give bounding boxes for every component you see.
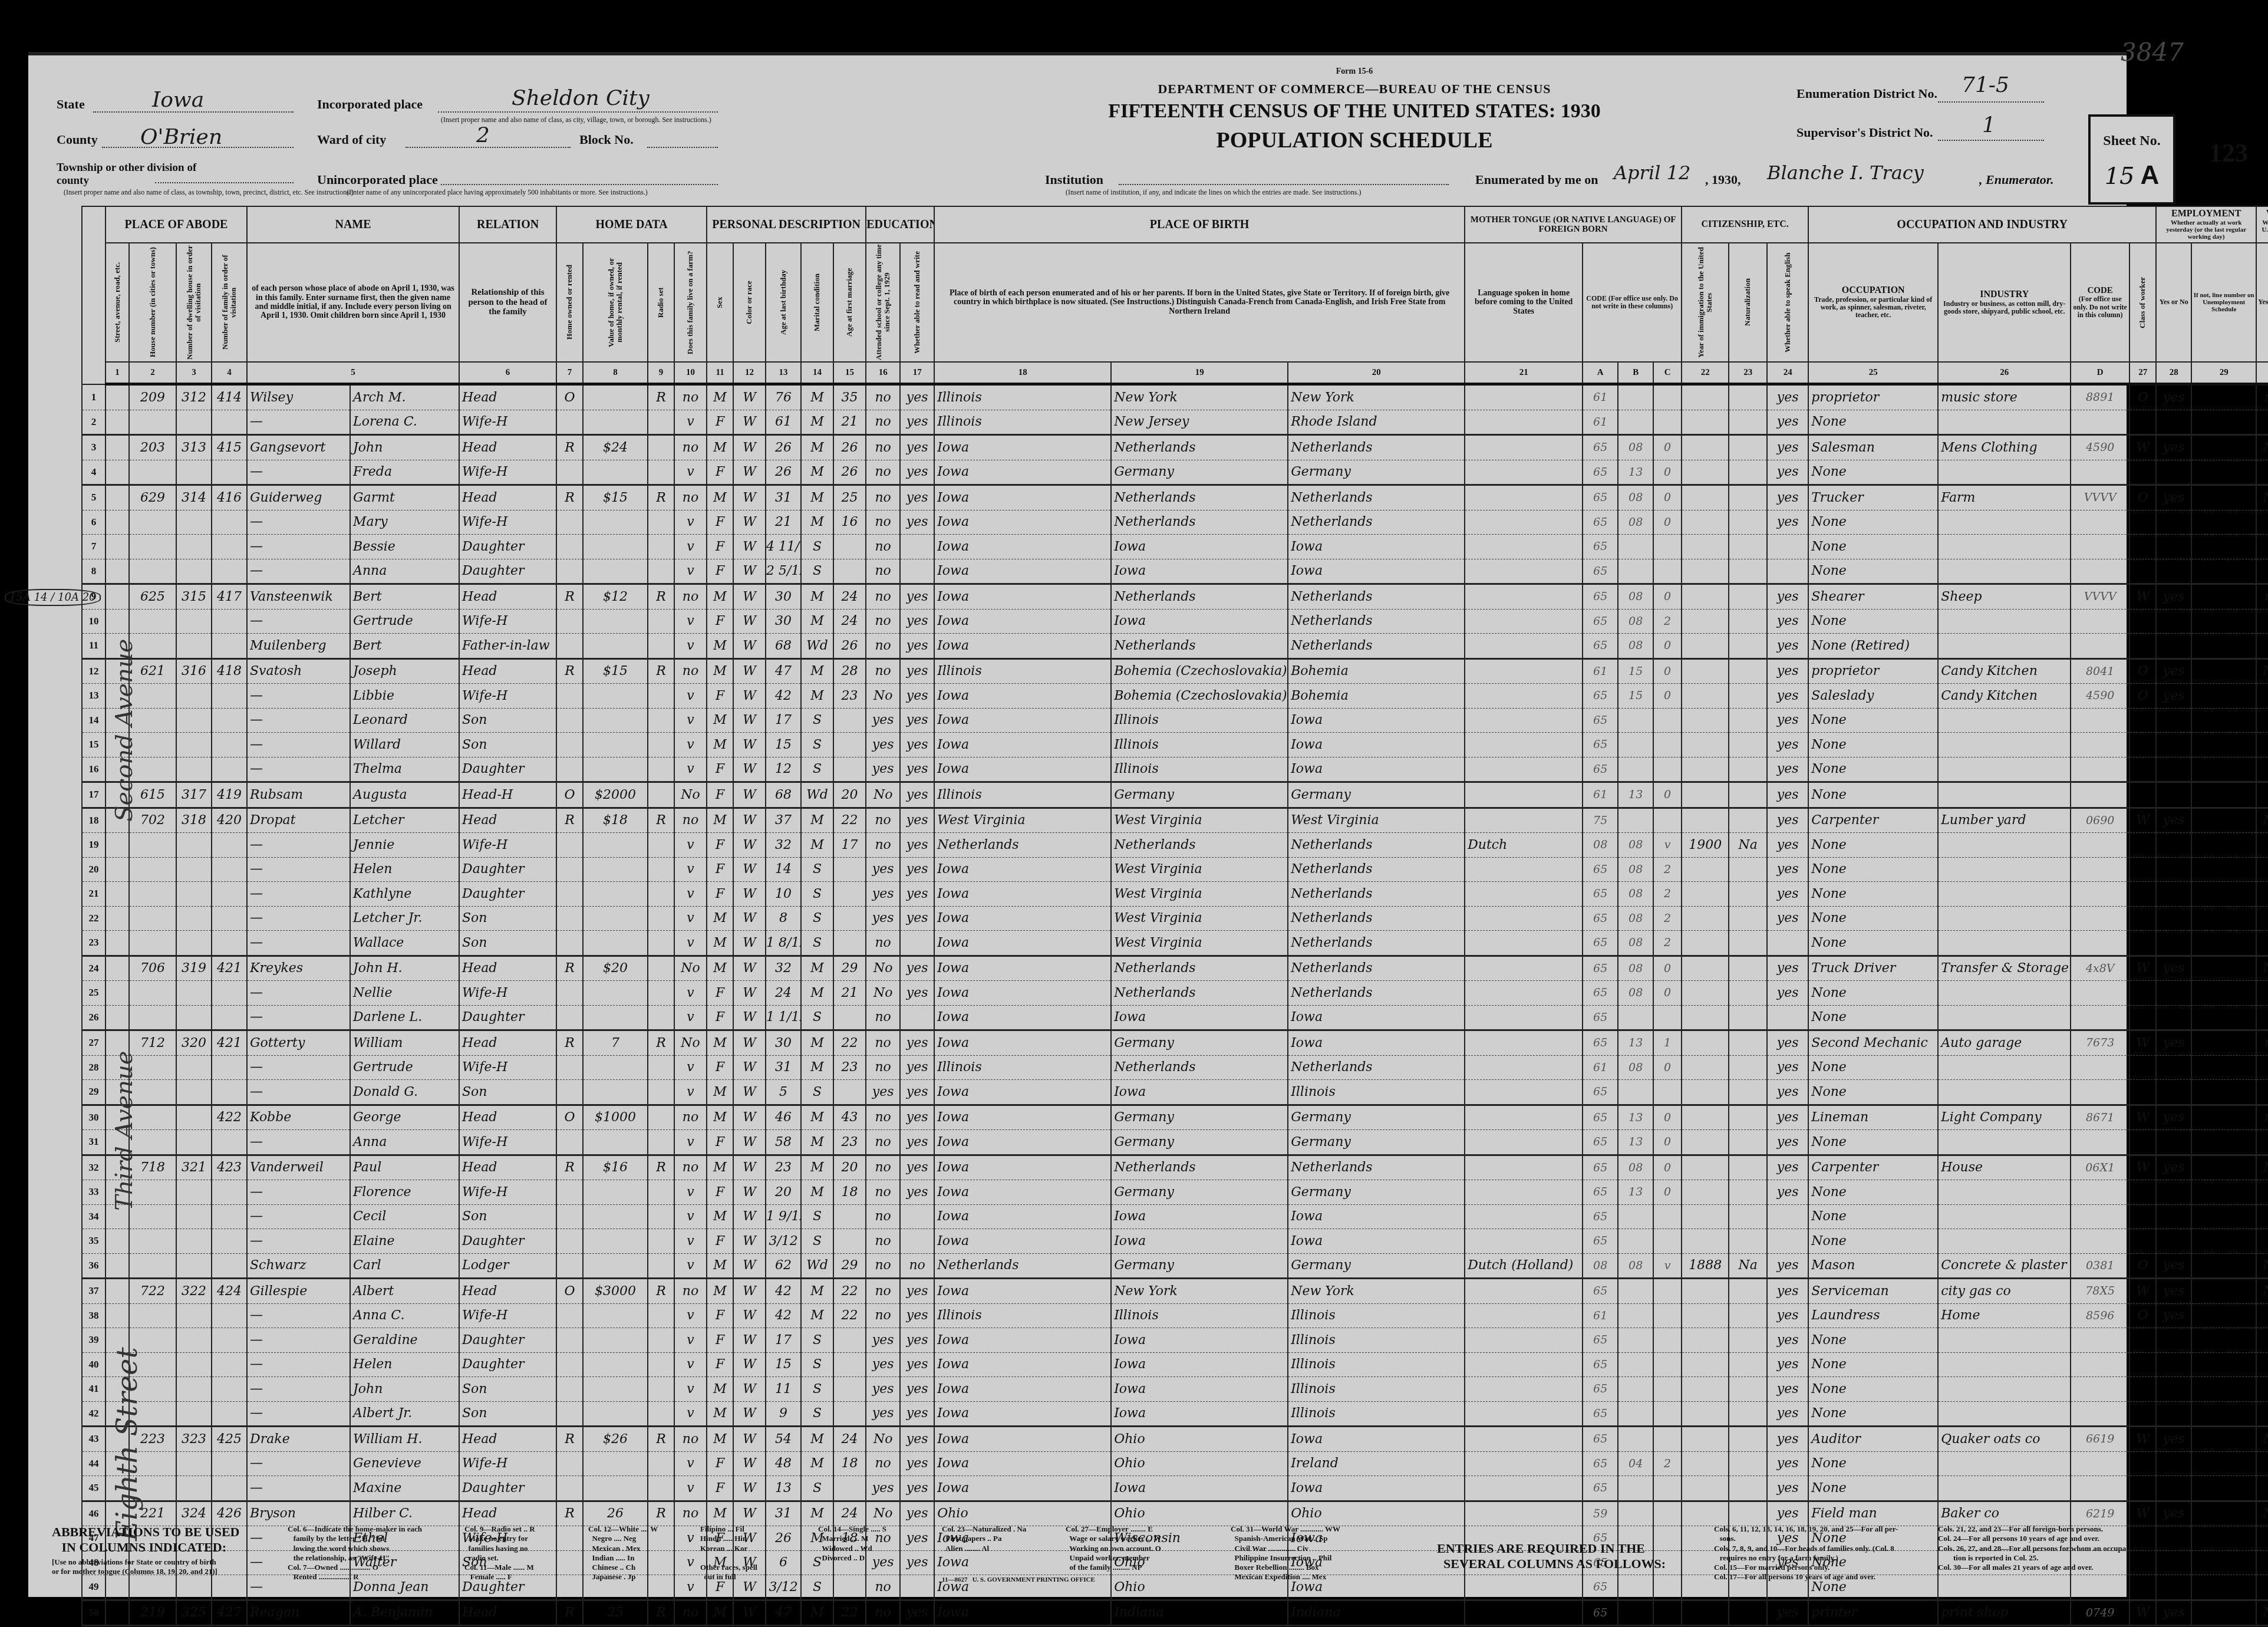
cell-bp: Iowa xyxy=(934,559,1111,584)
cell-rel: Head xyxy=(459,485,556,511)
cell-sex: M xyxy=(707,733,733,757)
cell-given: Bert xyxy=(350,584,459,610)
cell-house xyxy=(129,981,176,1006)
cell-a: 65 xyxy=(1583,1229,1618,1254)
cell-bp: Iowa xyxy=(934,460,1111,485)
cell-c xyxy=(1653,384,1682,410)
cell-occ: None xyxy=(1808,1204,1938,1229)
cell-mar: S xyxy=(801,857,833,882)
cell-rel: Wife-H xyxy=(459,1180,556,1205)
cell-read: yes xyxy=(900,1105,934,1130)
cell-imm xyxy=(1682,410,1729,435)
cell-b: 08 xyxy=(1618,857,1653,882)
cell-nat xyxy=(1729,1229,1767,1254)
cell-read xyxy=(900,1005,934,1030)
cell-eng: yes xyxy=(1767,460,1808,485)
cell-c: 2 xyxy=(1653,906,1682,931)
cell-sex: M xyxy=(707,435,733,460)
cell-fbp: West Virginia xyxy=(1111,931,1288,956)
cell-a: 65 xyxy=(1583,1130,1618,1155)
cell-lang xyxy=(1465,410,1583,435)
cell-rel: Son xyxy=(459,1377,556,1402)
cell-race: W xyxy=(733,782,766,808)
cell-radio: R xyxy=(648,808,674,833)
col-12-header: Color or race xyxy=(733,243,766,362)
cell-street xyxy=(106,435,129,460)
cell-rel: Head xyxy=(459,1105,556,1130)
cell-val xyxy=(583,757,648,782)
cell-b: 08 xyxy=(1618,833,1653,858)
cell-read: yes xyxy=(900,1279,934,1304)
group-citizenship: CITIZENSHIP, ETC. xyxy=(1682,206,1808,243)
cell-cls: W xyxy=(2129,1105,2156,1130)
cell-farm: no xyxy=(674,1105,707,1130)
cell-fbp: New York xyxy=(1111,384,1288,410)
cell-nat xyxy=(1729,757,1767,782)
cell-sex: F xyxy=(707,1180,733,1205)
cell-lang xyxy=(1465,1303,1583,1328)
enumerated-year: , 1930, xyxy=(1705,172,1741,187)
cell-vet xyxy=(2256,1055,2268,1080)
cell-eng: yes xyxy=(1767,1180,1808,1205)
cell-imm xyxy=(1682,609,1729,634)
cell-house xyxy=(129,535,176,559)
cell-lang xyxy=(1465,1476,1583,1501)
cell-unemp xyxy=(2191,584,2256,610)
unincorporated-note: (Enter name of any unincorporated place … xyxy=(347,188,648,197)
cell-age: 1 1/12 xyxy=(766,1005,801,1030)
table-row: 3203313415GangsevortJohnHeadR$24noMW26M2… xyxy=(82,435,2268,460)
cell-c xyxy=(1653,1352,1682,1377)
cell-sch: No xyxy=(866,1427,900,1452)
column-number-15: 15 xyxy=(833,362,866,384)
cell-age: 61 xyxy=(766,410,801,435)
cell-vet xyxy=(2256,757,2268,782)
cell-surname: — xyxy=(247,733,350,757)
cell-nat xyxy=(1729,684,1767,709)
cell-imm xyxy=(1682,1476,1729,1501)
cell-vet xyxy=(2256,535,2268,559)
cell-sex: F xyxy=(707,1476,733,1501)
cell-code xyxy=(2071,1229,2129,1254)
cell-b xyxy=(1618,1229,1653,1254)
cell-mar: S xyxy=(801,1377,833,1402)
cell-b: 08 xyxy=(1618,584,1653,610)
cell-agem xyxy=(833,1377,866,1402)
cell-ind xyxy=(1938,782,2071,808)
cell-bp: Iowa xyxy=(934,757,1111,782)
cell-fam: 425 xyxy=(212,1427,247,1452)
cell-agem: 26 xyxy=(833,634,866,659)
cell-given: Nellie xyxy=(350,981,459,1006)
cell-b xyxy=(1618,384,1653,410)
cell-surname: Vansteenwik xyxy=(247,584,350,610)
cell-surname: — xyxy=(247,1204,350,1229)
cell-cls xyxy=(2129,1328,2156,1353)
cell-read: yes xyxy=(900,808,934,833)
cell-age: 54 xyxy=(766,1427,801,1452)
sheet-number-box: Sheet No. 15 A xyxy=(2088,114,2175,205)
cell-race: W xyxy=(733,510,766,535)
cell-c xyxy=(1653,1204,1682,1229)
cell-imm xyxy=(1682,1303,1729,1328)
cell-a: 65 xyxy=(1583,460,1618,485)
cell-cls xyxy=(2129,931,2156,956)
column-number-11: 11 xyxy=(707,362,733,384)
cell-unemp xyxy=(2191,658,2256,684)
line-number: 27 xyxy=(82,1030,106,1056)
cell-val xyxy=(583,1180,648,1205)
cell-own xyxy=(556,1080,583,1105)
col-9-header: Radio set xyxy=(648,243,674,362)
cell-given: Albert Jr. xyxy=(350,1401,459,1427)
cell-imm xyxy=(1682,435,1729,460)
cell-code: VVVV xyxy=(2071,485,2129,511)
cell-val: 25 xyxy=(583,1600,648,1626)
cell-read: yes xyxy=(900,1055,934,1080)
cell-radio xyxy=(648,1451,674,1476)
cell-occ: None xyxy=(1808,782,1938,808)
cell-mbp: Germany xyxy=(1288,460,1465,485)
cell-dw xyxy=(176,1005,212,1030)
cell-dw xyxy=(176,1352,212,1377)
cell-sex: M xyxy=(707,1080,733,1105)
cell-lang xyxy=(1465,559,1583,584)
cell-lang xyxy=(1465,708,1583,733)
cell-c xyxy=(1653,1476,1682,1501)
cell-cls: W xyxy=(2129,1600,2156,1626)
cell-own xyxy=(556,1377,583,1402)
cell-own: O xyxy=(556,1105,583,1130)
cell-sch: no xyxy=(866,1180,900,1205)
cell-cls xyxy=(2129,833,2156,858)
cell-eng: yes xyxy=(1767,584,1808,610)
cell-street xyxy=(106,882,129,907)
cell-work xyxy=(2156,634,2191,659)
cell-a: 65 xyxy=(1583,981,1618,1006)
cell-sex: F xyxy=(707,684,733,709)
cell-sex: F xyxy=(707,559,733,584)
census-sheet: State Iowa County O'Brien Township or ot… xyxy=(28,52,2127,1597)
col-11-header: Sex xyxy=(707,243,733,362)
cell-cls xyxy=(2129,1352,2156,1377)
cell-imm xyxy=(1682,708,1729,733)
cell-nat xyxy=(1729,1130,1767,1155)
cell-fbp: West Virginia xyxy=(1111,857,1288,882)
cell-cls xyxy=(2129,1401,2156,1427)
cell-read xyxy=(900,1229,934,1254)
table-row: 10—GertrudeWife-HvFW30M24noyesIowaIowaNe… xyxy=(82,609,2268,634)
cell-nat xyxy=(1729,1279,1767,1304)
cell-vet xyxy=(2256,981,2268,1006)
column-number-3: 3 xyxy=(176,362,212,384)
cell-cls xyxy=(2129,634,2156,659)
table-row: 24706319421KreykesJohn H.HeadR$20NoMW32M… xyxy=(82,956,2268,981)
cell-eng: yes xyxy=(1767,1030,1808,1056)
cell-nat xyxy=(1729,460,1767,485)
cell-nat xyxy=(1729,733,1767,757)
cell-agem: 24 xyxy=(833,1427,866,1452)
cell-rel: Wife-H xyxy=(459,460,556,485)
cell-a: 08 xyxy=(1583,1253,1618,1279)
cell-fbp: Netherlands xyxy=(1111,833,1288,858)
cell-c: 0 xyxy=(1653,1105,1682,1130)
cell-given: Albert xyxy=(350,1279,459,1304)
cell-c: 0 xyxy=(1653,684,1682,709)
cell-vet xyxy=(2256,1451,2268,1476)
cell-radio xyxy=(648,410,674,435)
line-number: 40 xyxy=(82,1352,106,1377)
cell-street xyxy=(106,981,129,1006)
cell-agem: 26 xyxy=(833,460,866,485)
cell-vet: No xyxy=(2256,1600,2268,1626)
cell-agem xyxy=(833,1204,866,1229)
column-number-23: 23 xyxy=(1729,362,1767,384)
cell-c xyxy=(1653,757,1682,782)
column-number-1: 1 xyxy=(106,362,129,384)
cell-race: W xyxy=(733,1180,766,1205)
cell-unemp xyxy=(2191,1229,2256,1254)
cell-cls xyxy=(2129,1575,2156,1600)
cell-sch: no xyxy=(866,535,900,559)
cell-work xyxy=(2156,510,2191,535)
column-number-9: 9 xyxy=(648,362,674,384)
cell-work xyxy=(2156,1377,2191,1402)
cell-age: 8 xyxy=(766,906,801,931)
cell-lang xyxy=(1465,584,1583,610)
cell-code: 8891 xyxy=(2071,384,2129,410)
cell-bp: Iowa xyxy=(934,1005,1111,1030)
cell-mar: Wd xyxy=(801,634,833,659)
cell-given: Letcher Jr. xyxy=(350,906,459,931)
cell-vet xyxy=(2256,410,2268,435)
cell-surname: — xyxy=(247,1476,350,1501)
cell-age: 10 xyxy=(766,882,801,907)
cell-mbp: New York xyxy=(1288,384,1465,410)
cell-occ: None xyxy=(1808,733,1938,757)
cell-fbp: Bohemia (Czechoslovakia) xyxy=(1111,658,1288,684)
cell-occ: Trucker xyxy=(1808,485,1938,511)
cell-rel: Head xyxy=(459,808,556,833)
cell-imm xyxy=(1682,485,1729,511)
cell-dw: 315 xyxy=(176,584,212,610)
cell-fbp: Indiana xyxy=(1111,1600,1288,1626)
cell-val xyxy=(583,906,648,931)
cell-lang xyxy=(1465,510,1583,535)
cell-sch: no xyxy=(866,559,900,584)
cell-house: 706 xyxy=(129,956,176,981)
cell-vet: no xyxy=(2256,1030,2268,1056)
cell-sch: yes xyxy=(866,857,900,882)
column-number-4: 4 xyxy=(212,362,247,384)
cell-own xyxy=(556,981,583,1006)
cell-rel: Father-in-law xyxy=(459,634,556,659)
col-6-header: Relationship of this person to the head … xyxy=(459,243,556,362)
abbrev-col6-7: Col. 6—Indicate the home-maker in each f… xyxy=(288,1524,422,1582)
cell-occ: None xyxy=(1808,1377,1938,1402)
col-30-header: Yes or No xyxy=(2256,243,2268,362)
cell-agem: 26 xyxy=(833,435,866,460)
line-number: 44 xyxy=(82,1451,106,1476)
cell-imm: 1900 xyxy=(1682,833,1729,858)
cell-work xyxy=(2156,757,2191,782)
cell-bp: Iowa xyxy=(934,510,1111,535)
cell-radio xyxy=(648,1080,674,1105)
cell-race: W xyxy=(733,981,766,1006)
cell-val xyxy=(583,535,648,559)
line-number: 7 xyxy=(82,535,106,559)
cell-sex: M xyxy=(707,485,733,511)
group-home: HOME DATA xyxy=(556,206,707,243)
cell-nat xyxy=(1729,808,1767,833)
cell-fam xyxy=(212,510,247,535)
institution-label: Institution xyxy=(1045,172,1103,187)
cell-lang xyxy=(1465,384,1583,410)
column-number-d: D xyxy=(2071,362,2129,384)
cell-rel: Wife-H xyxy=(459,981,556,1006)
cell-a: 61 xyxy=(1583,1055,1618,1080)
column-number-a: A xyxy=(1583,362,1618,384)
cell-work xyxy=(2156,1055,2191,1080)
cell-occ: None xyxy=(1808,1005,1938,1030)
cell-race: W xyxy=(733,1055,766,1080)
cell-given: Letcher xyxy=(350,808,459,833)
cell-sch: yes xyxy=(866,1377,900,1402)
table-row: 39—GeraldineDaughtervFW17SyesyesIowaIowa… xyxy=(82,1328,2268,1353)
cell-occ: Shearer xyxy=(1808,584,1938,610)
cell-imm xyxy=(1682,634,1729,659)
cell-a: 65 xyxy=(1583,1005,1618,1030)
cell-rel: Head xyxy=(459,584,556,610)
cell-sex: F xyxy=(707,1328,733,1353)
cell-cls xyxy=(2129,1080,2156,1105)
cell-dw xyxy=(176,1377,212,1402)
cell-eng: yes xyxy=(1767,956,1808,981)
table-row: 50219325427ReaganA. BenjaminHeadR25RnoMW… xyxy=(82,1600,2268,1626)
cell-street xyxy=(106,535,129,559)
cell-mar: S xyxy=(801,1005,833,1030)
cell-sch: no xyxy=(866,931,900,956)
cell-rel: Daughter xyxy=(459,1229,556,1254)
cell-bp: Iowa xyxy=(934,708,1111,733)
cell-farm: v xyxy=(674,708,707,733)
cell-surname: — xyxy=(247,684,350,709)
cell-eng: yes xyxy=(1767,708,1808,733)
cell-farm: v xyxy=(674,857,707,882)
cell-house: 625 xyxy=(129,584,176,610)
cell-race: W xyxy=(733,1204,766,1229)
cell-val xyxy=(583,857,648,882)
cell-race: W xyxy=(733,1279,766,1304)
cell-read: yes xyxy=(900,1600,934,1626)
cell-bp: Iowa xyxy=(934,1080,1111,1105)
cell-occ: None xyxy=(1808,708,1938,733)
cell-c xyxy=(1653,1328,1682,1353)
enumerated-date: April 12 xyxy=(1614,162,1690,184)
cell-eng xyxy=(1767,1229,1808,1254)
cell-b: 08 xyxy=(1618,435,1653,460)
line-number: 8 xyxy=(82,559,106,584)
cell-given: Helen xyxy=(350,857,459,882)
cell-sch: no xyxy=(866,634,900,659)
table-row: 21—KathlyneDaughtervFW10SyesyesIowaWest … xyxy=(82,882,2268,907)
cell-given: Cecil xyxy=(350,1204,459,1229)
page-number: 123 xyxy=(2209,138,2248,168)
cell-farm: v xyxy=(674,981,707,1006)
cell-imm xyxy=(1682,1279,1729,1304)
cell-nat xyxy=(1729,956,1767,981)
cell-imm xyxy=(1682,1105,1729,1130)
cell-mar: M xyxy=(801,1055,833,1080)
entries-list-2: Cols. 21, 22, and 23—For all foreign-bor… xyxy=(1938,1524,2128,1572)
cell-work xyxy=(2156,857,2191,882)
cell-vet xyxy=(2256,1204,2268,1229)
cell-agem: 21 xyxy=(833,410,866,435)
cell-sch: no xyxy=(866,384,900,410)
cell-age: 1 9/12 xyxy=(766,1204,801,1229)
cell-street xyxy=(106,1253,129,1279)
cell-mbp: Iowa xyxy=(1288,1030,1465,1056)
code-note: CODE (For office use only. Do not write … xyxy=(1583,243,1682,362)
cell-lang xyxy=(1465,906,1583,931)
cell-occ: None xyxy=(1808,410,1938,435)
cell-nat xyxy=(1729,1451,1767,1476)
cell-dw xyxy=(176,684,212,709)
cell-sch: yes xyxy=(866,906,900,931)
cell-a: 65 xyxy=(1583,931,1618,956)
column-number-24: 24 xyxy=(1767,362,1808,384)
cell-fbp: New Jersey xyxy=(1111,410,1288,435)
cell-rel: Wife-H xyxy=(459,1130,556,1155)
cell-c xyxy=(1653,1600,1682,1626)
cell-eng: yes xyxy=(1767,634,1808,659)
cell-read: yes xyxy=(900,857,934,882)
cell-read: yes xyxy=(900,410,934,435)
cell-vet xyxy=(2256,857,2268,882)
cell-code xyxy=(2071,1180,2129,1205)
cell-code xyxy=(2071,510,2129,535)
cell-imm xyxy=(1682,931,1729,956)
cell-vet xyxy=(2256,684,2268,709)
cell-given: Lorena C. xyxy=(350,410,459,435)
cell-nat xyxy=(1729,1105,1767,1130)
cell-fam xyxy=(212,1180,247,1205)
cell-street xyxy=(106,1279,129,1304)
cell-b: 13 xyxy=(1618,1130,1653,1155)
cell-surname: Vanderweil xyxy=(247,1155,350,1180)
cell-sch: no xyxy=(866,1204,900,1229)
cell-radio xyxy=(648,1253,674,1279)
cell-bp: Iowa xyxy=(934,584,1111,610)
cell-house: 219 xyxy=(129,1600,176,1626)
cell-bp: Iowa xyxy=(934,1204,1111,1229)
cell-age: 15 xyxy=(766,733,801,757)
cell-val xyxy=(583,1401,648,1427)
cell-code xyxy=(2071,906,2129,931)
cell-sch: yes xyxy=(866,733,900,757)
cell-surname: — xyxy=(247,757,350,782)
cell-imm xyxy=(1682,1204,1729,1229)
cell-b: 08 xyxy=(1618,956,1653,981)
cell-radio xyxy=(648,931,674,956)
cell-nat xyxy=(1729,782,1767,808)
cell-sch: yes xyxy=(866,1401,900,1427)
cell-race: W xyxy=(733,1229,766,1254)
cell-ind xyxy=(1938,410,2071,435)
cell-vet xyxy=(2256,906,2268,931)
cell-code xyxy=(2071,1055,2129,1080)
cell-radio xyxy=(648,1204,674,1229)
